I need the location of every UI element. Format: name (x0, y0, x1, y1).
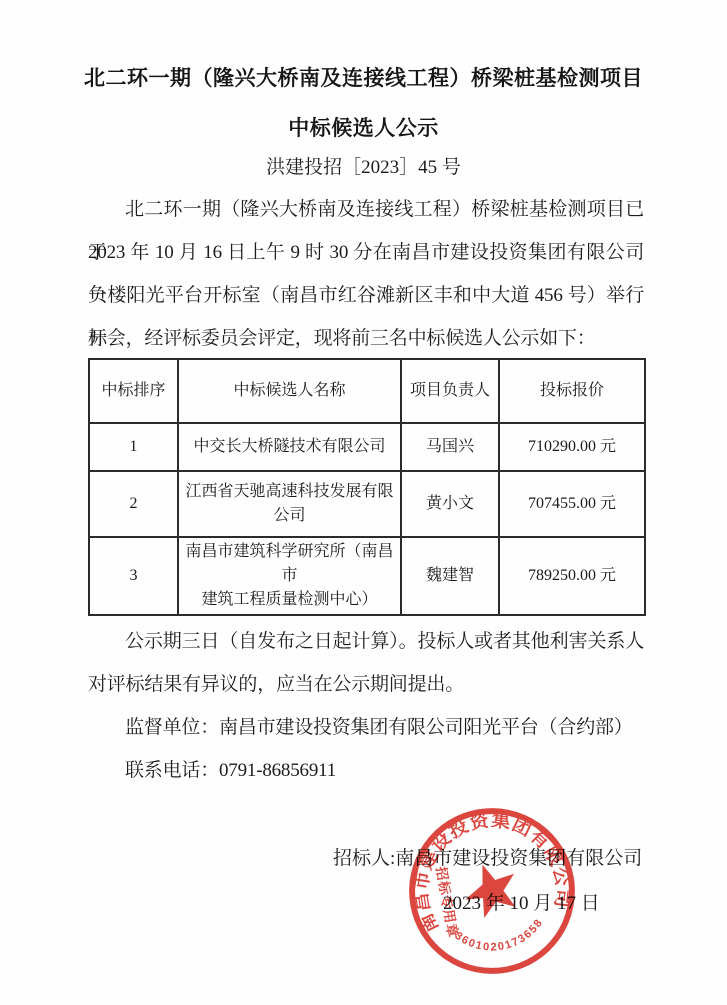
intro-line: 一楼阳光平台开标室（南昌市红谷滩新区丰和中大道 456 号）举行开 (88, 274, 644, 317)
cell-manager: 魏建智 (401, 537, 499, 615)
cell-price: 710290.00 元 (499, 423, 645, 471)
cell-name: 南昌市建筑科学研究所（南昌市 建筑工程质量检测中心） (178, 537, 401, 615)
header-name: 中标候选人名称 (178, 359, 401, 423)
cell-rank: 3 (89, 537, 178, 615)
doc-number: 洪建投招［2023］45 号 (0, 152, 727, 179)
supervisor-line: 监督单位：南昌市建设投资集团有限公司阳光平台（合约部） (88, 706, 644, 749)
intro-line: 2023 年 10 月 16 日上午 9 时 30 分在南昌市建设投资集团有限公… (88, 231, 644, 274)
svg-text:3601020173658: 3601020173658 (451, 915, 549, 961)
notice-line: 公示期三日（自发布之日起计算）。投标人或者其他利害关系人 (88, 620, 644, 663)
table-row: 1 中交长大桥隧技术有限公司 马国兴 710290.00 元 (89, 423, 645, 471)
table-row: 2 江西省天驰高速科技发展有限 公司 黄小文 707455.00 元 (89, 471, 645, 537)
announcement-document: 北二环一期（隆兴大桥南及连接线工程）桥梁桩基检测项目 中标候选人公示 洪建投招［… (0, 0, 727, 1005)
bidder-line: 招标人:南昌市建设投资集团有限公司 (333, 843, 642, 870)
notice-line: 对评标结果有异议的，应当在公示期间提出。 (88, 663, 644, 706)
intro-line: 北二环一期（隆兴大桥南及连接线工程）桥梁桩基检测项目已于 (88, 188, 644, 231)
cell-manager: 黄小文 (401, 471, 499, 537)
cell-name-line: 江西省天驰高速科技发展有限 (185, 480, 394, 504)
cell-name-line: 中交长大桥隧技术有限公司 (185, 435, 394, 459)
bid-candidates-table: 中标排序 中标候选人名称 项目负责人 投标报价 1 中交长大桥隧技术有限公司 马… (88, 358, 646, 616)
table-row: 3 南昌市建筑科学研究所（南昌市 建筑工程质量检测中心） 魏建智 789250.… (89, 537, 645, 615)
cell-rank: 2 (89, 471, 178, 537)
table-header-row: 中标排序 中标候选人名称 项目负责人 投标报价 (89, 359, 645, 423)
page-subtitle: 中标候选人公示 (0, 112, 727, 142)
intro-paragraph: 北二环一期（隆兴大桥南及连接线工程）桥梁桩基检测项目已于 2023 年 10 月… (88, 188, 644, 360)
date-line: 2023 年 10 月 17 日 (443, 888, 600, 915)
header-rank: 中标排序 (89, 359, 178, 423)
intro-line: 标会，经评标委员会评定，现将前三名中标候选人公示如下： (88, 317, 644, 360)
cell-name: 中交长大桥隧技术有限公司 (178, 423, 401, 471)
phone-line: 联系电话：0791-86856911 (88, 749, 644, 792)
cell-name-line: 公司 (185, 504, 394, 528)
cell-rank: 1 (89, 423, 178, 471)
seal-number-text: 3601020173658 (451, 915, 549, 961)
header-price: 投标报价 (499, 359, 645, 423)
cell-manager: 马国兴 (401, 423, 499, 471)
page-title: 北二环一期（隆兴大桥南及连接线工程）桥梁桩基检测项目 (0, 62, 727, 92)
header-manager: 项目负责人 (401, 359, 499, 423)
cell-name-line: 南昌市建筑科学研究所（南昌市 (185, 540, 394, 588)
cell-price: 789250.00 元 (499, 537, 645, 615)
cell-name: 江西省天驰高速科技发展有限 公司 (178, 471, 401, 537)
cell-price: 707455.00 元 (499, 471, 645, 537)
notice-paragraph: 公示期三日（自发布之日起计算）。投标人或者其他利害关系人 对评标结果有异议的，应… (88, 620, 644, 792)
cell-name-line: 建筑工程质量检测中心） (185, 588, 394, 612)
